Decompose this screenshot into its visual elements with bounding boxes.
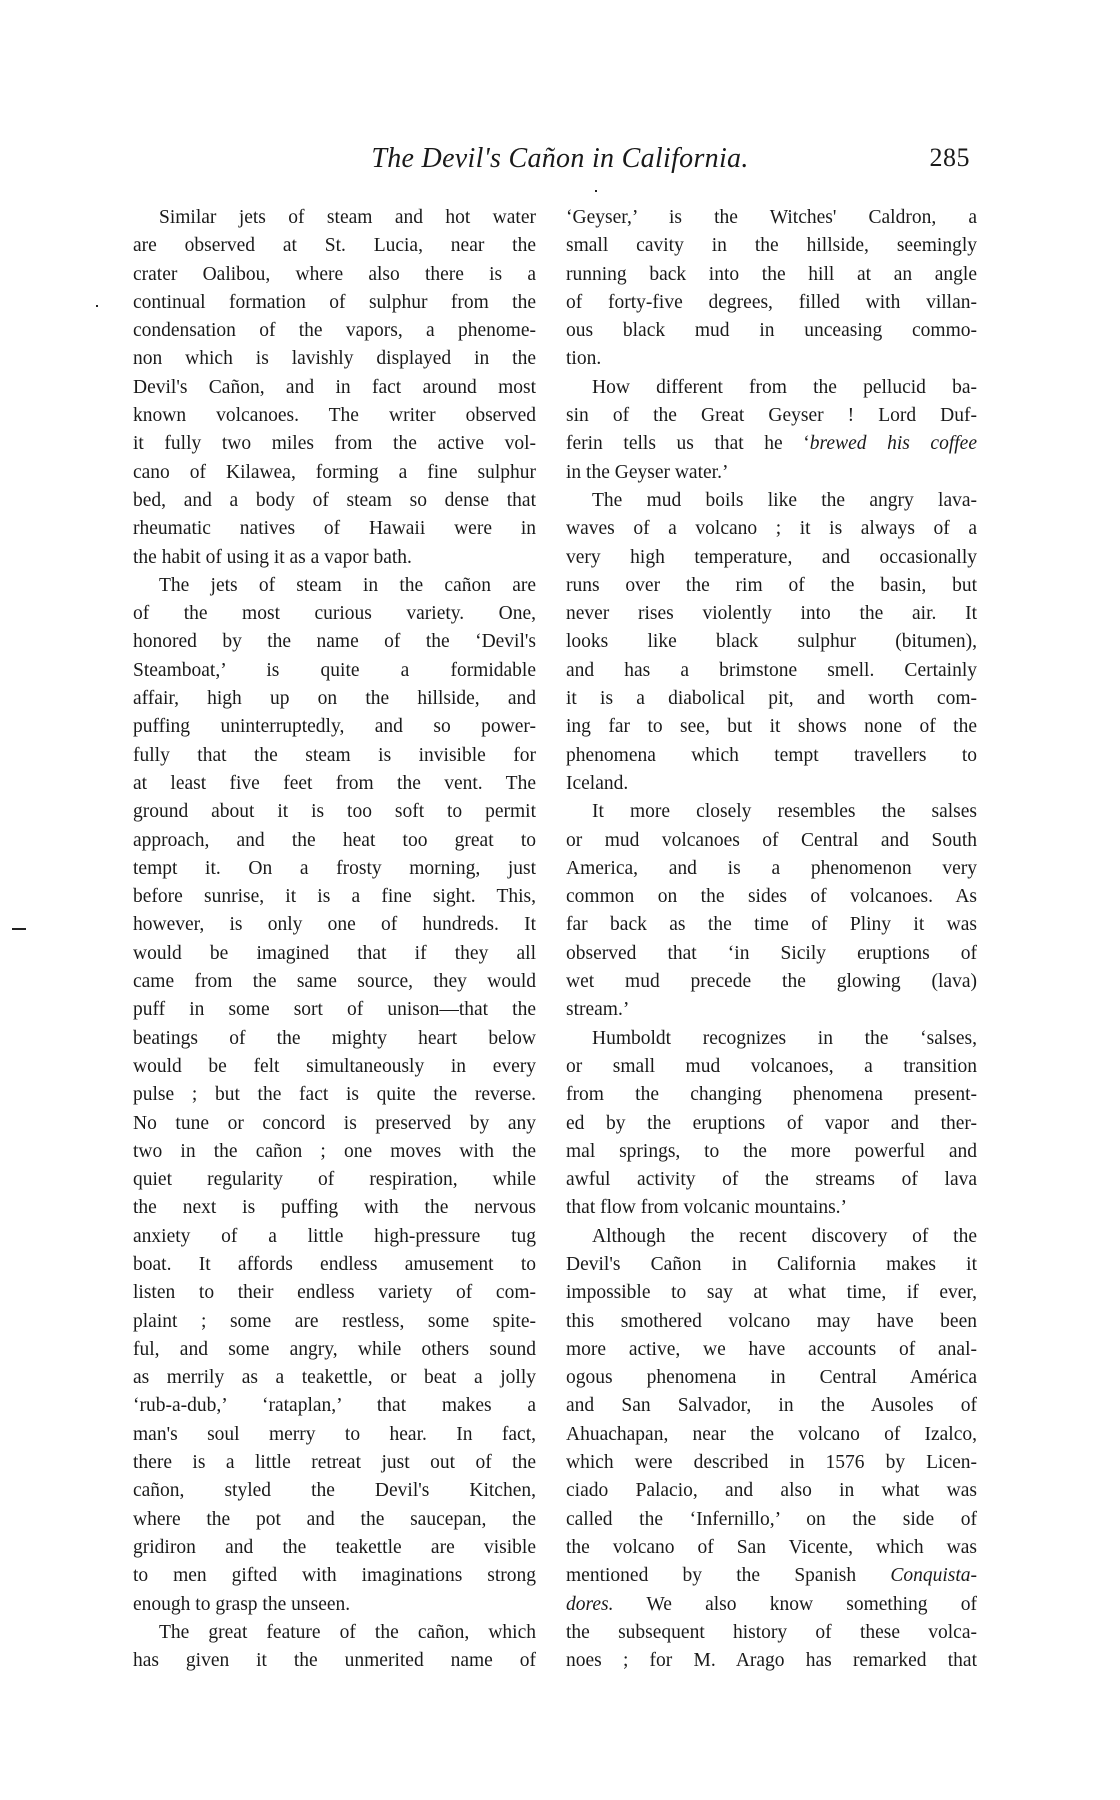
text-line: to men gifted with imaginations strong [133, 1562, 536, 1590]
text-line: more active, we have accounts of anal- [566, 1336, 977, 1364]
scan-speck [595, 190, 597, 192]
text-line: ful, and some angry, while others sound [133, 1336, 536, 1364]
text-line: small cavity in the hillside, seemingly [566, 232, 977, 260]
text-line: phenomena which tempt travellers to [566, 742, 977, 770]
text-line: far back as the time of Pliny it was [566, 911, 977, 939]
text-line: impossible to say at what time, if ever, [566, 1279, 977, 1307]
text-line: plaint ; some are restless, some spite- [133, 1308, 536, 1336]
text-line: never rises violently into the air. It [566, 600, 977, 628]
text-line: two in the cañon ; one moves with the [133, 1138, 536, 1166]
text-line: came from the same source, they would [133, 968, 536, 996]
text-line: cano of Kilawea, forming a fine sulphur [133, 459, 536, 487]
left-column: Similar jets of steam and hot waterare o… [133, 204, 536, 1675]
text-line: of forty-five degrees, filled with villa… [566, 289, 977, 317]
scan-speck [96, 305, 98, 307]
text-line: the subsequent history of these volca- [566, 1619, 977, 1647]
text-line: the volcano of San Vicente, which was [566, 1534, 977, 1562]
text-line: it is a diabolical pit, and worth com- [566, 685, 977, 713]
text-line: America, and is a phenomenon very [566, 855, 977, 883]
text-line: No tune or concord is preserved by any [133, 1110, 536, 1138]
text-line: known volcanoes. The writer observed [133, 402, 536, 430]
text-line: beatings of the mighty heart below [133, 1025, 536, 1053]
text-line: man's soul merry to hear. In fact, [133, 1421, 536, 1449]
text-line: noes ; for M. Arago has remarked that [566, 1647, 977, 1675]
text-line: dores. We also know something of [566, 1591, 977, 1619]
text-line: wet mud precede the glowing (lava) [566, 968, 977, 996]
text-line: puffing uninterruptedly, and so power- [133, 713, 536, 741]
text-line: has given it the unmerited name of [133, 1647, 536, 1675]
text-line: or mud volcanoes of Central and South [566, 827, 977, 855]
text-line: however, is only one of hundreds. It [133, 911, 536, 939]
text-line: ‘rub-a-dub,’ ‘rataplan,’ that makes a [133, 1392, 536, 1420]
text-line: are observed at St. Lucia, near the [133, 232, 536, 260]
text-line: waves of a volcano ; it is always of a [566, 515, 977, 543]
text-line: listen to their endless variety of com- [133, 1279, 536, 1307]
text-line: the habit of using it as a vapor bath. [133, 544, 536, 572]
italic-text: brewed his coffee [810, 433, 977, 454]
text-line: observed that ‘in Sicily eruptions of [566, 940, 977, 968]
text-line: would be felt simultaneously in every [133, 1053, 536, 1081]
text-line: puff in some sort of unison—that the [133, 996, 536, 1024]
text-line: ing far to see, but it shows none of the [566, 713, 977, 741]
text-line: rheumatic natives of Hawaii were in [133, 515, 536, 543]
text-line: gridiron and the teakettle are visible [133, 1534, 536, 1562]
text-line: awful activity of the streams of lava [566, 1166, 977, 1194]
text-line: ciado Palacio, and also in what was [566, 1477, 977, 1505]
text-line: stream.’ [566, 996, 977, 1024]
text-line: there is a little retreat just out of th… [133, 1449, 536, 1477]
text-line: The mud boils like the angry lava- [566, 487, 977, 515]
book-page: The Devil's Cañon in California. 285 Sim… [0, 0, 1120, 1800]
text-line: tion. [566, 345, 977, 373]
text-line: that flow from volcanic mountains.’ [566, 1194, 977, 1222]
text-line: It more closely resembles the salses [566, 798, 977, 826]
text-line: Although the recent discovery of the [566, 1223, 977, 1251]
text-line: Similar jets of steam and hot water [133, 204, 536, 232]
text-line: The great feature of the cañon, which [133, 1619, 536, 1647]
text-line: Iceland. [566, 770, 977, 798]
text-line: enough to grasp the unseen. [133, 1591, 536, 1619]
running-head: The Devil's Cañon in California. 285 [250, 143, 970, 183]
text-line: it fully two miles from the active vol- [133, 430, 536, 458]
italic-text: Conquista- [890, 1565, 977, 1586]
text-line: called the ‘Infernillo,’ on the side of [566, 1506, 977, 1534]
text-line: would be imagined that if they all [133, 940, 536, 968]
text-line: at least five feet from the vent. The [133, 770, 536, 798]
text-line: ‘Geyser,’ is the Witches' Caldron, a [566, 204, 977, 232]
text-line: of the most curious variety. One, [133, 600, 536, 628]
text-line: crater Oalibou, where also there is a [133, 261, 536, 289]
text-line: running back into the hill at an angle [566, 261, 977, 289]
margin-dash-mark [12, 928, 26, 930]
text-line: non which is lavishly displayed in the [133, 345, 536, 373]
text-line: this smothered volcano may have been [566, 1308, 977, 1336]
text-line: ous black mud in unceasing commo- [566, 317, 977, 345]
text-line: bed, and a body of steam so dense that [133, 487, 536, 515]
text-line: looks like black sulphur (bitumen), [566, 628, 977, 656]
text-line: The jets of steam in the cañon are [133, 572, 536, 600]
right-column: ‘Geyser,’ is the Witches' Caldron, asmal… [566, 204, 977, 1675]
text-line: common on the sides of volcanoes. As [566, 883, 977, 911]
text-line: where the pot and the saucepan, the [133, 1506, 536, 1534]
text-line: anxiety of a little high-pressure tug [133, 1223, 536, 1251]
text-line: as merrily as a teakettle, or beat a jol… [133, 1364, 536, 1392]
text-line: mal springs, to the more powerful and [566, 1138, 977, 1166]
text-line: mentioned by the Spanish Conquista- [566, 1562, 977, 1590]
text-line: sin of the Great Geyser ! Lord Duf- [566, 402, 977, 430]
text-line: ed by the eruptions of vapor and ther- [566, 1110, 977, 1138]
text-line: before sunrise, it is a fine sight. This… [133, 883, 536, 911]
text-line: ogous phenomena in Central América [566, 1364, 977, 1392]
text-line: affair, high up on the hillside, and [133, 685, 536, 713]
text-line: which were described in 1576 by Licen- [566, 1449, 977, 1477]
text-line: or small mud volcanoes, a transition [566, 1053, 977, 1081]
text-line: runs over the rim of the basin, but [566, 572, 977, 600]
text-line: fully that the steam is invisible for [133, 742, 536, 770]
page-number: 285 [930, 143, 971, 173]
text-line: Humboldt recognizes in the ‘salses, [566, 1025, 977, 1053]
text-line: in the Geyser water.’ [566, 459, 977, 487]
text-line: Steamboat,’ is quite a formidable [133, 657, 536, 685]
text-line: tempt it. On a frosty morning, just [133, 855, 536, 883]
text-line: quiet regularity of respiration, while [133, 1166, 536, 1194]
text-line: Devil's Cañon in California makes it [566, 1251, 977, 1279]
text-line: cañon, styled the Devil's Kitchen, [133, 1477, 536, 1505]
italic-text: dores. [566, 1594, 613, 1615]
text-line: pulse ; but the fact is quite the revers… [133, 1081, 536, 1109]
text-line: from the changing phenomena present- [566, 1081, 977, 1109]
text-line: honored by the name of the ‘Devil's [133, 628, 536, 656]
text-line: the next is puffing with the nervous [133, 1194, 536, 1222]
text-line: Ahuachapan, near the volcano of Izalco, [566, 1421, 977, 1449]
text-line: approach, and the heat too great to [133, 827, 536, 855]
text-line: boat. It affords endless amusement to [133, 1251, 536, 1279]
text-line: condensation of the vapors, a phenome- [133, 317, 536, 345]
text-line: continual formation of sulphur from the [133, 289, 536, 317]
running-title: The Devil's Cañon in California. [250, 143, 870, 175]
text-line: and has a brimstone smell. Certainly [566, 657, 977, 685]
text-line: How different from the pellucid ba- [566, 374, 977, 402]
text-line: and San Salvador, in the Ausoles of [566, 1392, 977, 1420]
text-line: ground about it is too soft to permit [133, 798, 536, 826]
text-line: Devil's Cañon, and in fact around most [133, 374, 536, 402]
text-line: ferin tells us that he ‘brewed his coffe… [566, 430, 977, 458]
text-line: very high temperature, and occasionally [566, 544, 977, 572]
